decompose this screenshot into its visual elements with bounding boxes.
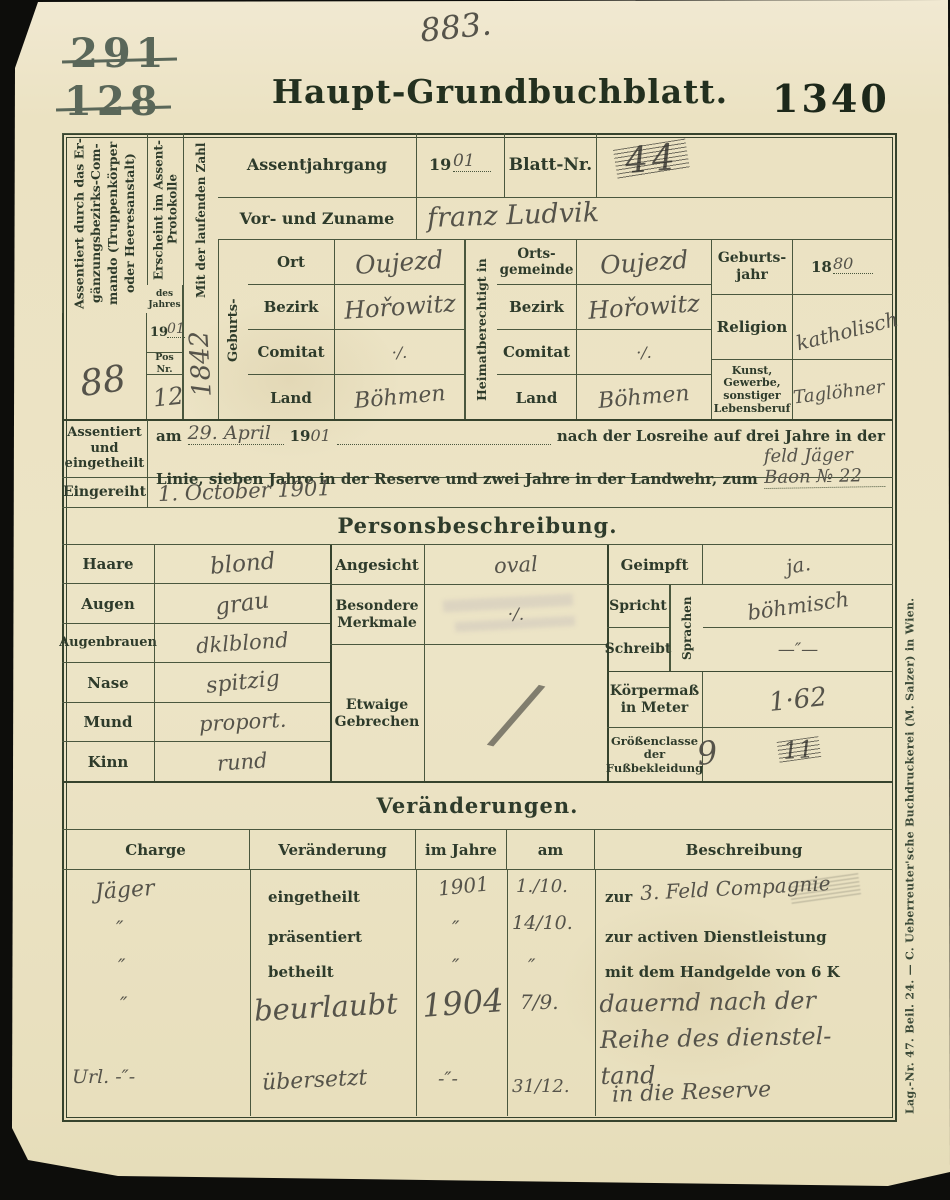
change-row-charge: Jäger [94, 876, 155, 905]
protokoll-pos-cell: 12 [147, 375, 183, 420]
blatt-nr-value-cell: 44 [597, 133, 893, 198]
schreibt-value-cell: —″— [703, 628, 893, 671]
augen-value-cell: grau [155, 584, 330, 624]
angesicht-value-cell: oval [425, 545, 607, 585]
schreibt-value: —″— [778, 640, 818, 660]
change-row-veraenderung: präsentiert [268, 928, 362, 946]
stamp-number-bottom: 128 [64, 78, 163, 125]
gebrechen-value-cell: / [425, 645, 607, 782]
persons-title: Personsbeschreibung. [62, 508, 893, 545]
table-divider [250, 870, 251, 1116]
nase-value-cell: spitzig [155, 663, 330, 703]
eingereiht-label: Eingereiht [62, 478, 148, 508]
angesicht-label: Angesicht [330, 545, 425, 585]
document-paper: 883. 291 128 Haupt-Grundbuchblatt. 1340 … [0, 0, 950, 1200]
change-row-jahr: ″ [452, 916, 459, 940]
change-row-am: 7/9. [520, 990, 559, 1014]
kinn-label: Kinn [62, 742, 155, 782]
change-row-jahr: -″- [438, 1068, 458, 1090]
change-row-beschreibung-print: zur [605, 888, 632, 906]
koerpermass-value-cell: 1·62 [703, 672, 893, 728]
changes-header-am: am [507, 830, 595, 870]
merkmale-value-cell: ·/. [425, 585, 607, 645]
heimat-comitat-label: Comitat [497, 330, 577, 375]
assent-year-hw: 01 [310, 426, 330, 445]
assentjahrgang-label: Assentjahrgang [218, 133, 417, 198]
geburt-land-value-cell: Böhmen [335, 375, 465, 420]
sheet-number: 1340 [772, 76, 890, 121]
assentjahrgang-year-print: 19 [429, 155, 451, 174]
mund-value: proport. [198, 708, 287, 737]
table-divider [416, 870, 417, 1116]
change-row-veraenderung: eingetheilt [268, 888, 360, 906]
laufende-zahl-cell: 1842 [183, 308, 218, 420]
blatt-nr-value: 44 [623, 137, 680, 183]
assent-year-print: 19 [290, 427, 311, 445]
assentjahrgang-value-cell: 19 01 [417, 133, 505, 198]
geburt-comitat-label: Comitat [248, 330, 335, 375]
geburtsjahr-print: 18 [811, 258, 832, 276]
heimat-bezirk-label: Bezirk [497, 285, 577, 330]
name-value-cell: franz Ludvik [417, 198, 893, 240]
geburt-ort-value: Oujezd [354, 244, 444, 279]
koerpermass-label: Körpermaß in Meter [607, 672, 703, 728]
geburt-land-value: Böhmen [353, 381, 446, 414]
sidebar-assent-commando-label: Assentiert durch das Er-gänzungsbezirks-… [62, 133, 147, 313]
mund-label: Mund [62, 703, 155, 742]
geimpft-value: ja. [784, 551, 812, 579]
geburt-bezirk-value: Hořowitz [343, 289, 456, 325]
heimat-side-label: Heimatberechtigt in [465, 240, 497, 420]
sprachen-label: Sprachen [670, 585, 703, 671]
schreibt-label: Schreibt [607, 628, 670, 671]
koerpermass-value: 1·62 [768, 682, 829, 718]
groessenclasse-value-cell: 9 11 [703, 728, 893, 782]
document-title: Haupt-Grundbuchblatt. [235, 72, 765, 111]
protokoll-des-jahres-label: des Jahres [147, 285, 183, 315]
spricht-value: böhmisch [746, 587, 851, 625]
protokoll-pos-value: 12 [152, 381, 185, 412]
protokoll-pos-label: Pos Nr. [147, 353, 183, 375]
geburt-ort-value-cell: Oujezd [335, 240, 465, 285]
assent-date-hw: 29. April [188, 422, 284, 445]
geburts-side-label: Geburts- [218, 240, 248, 420]
faint-stamp [455, 616, 575, 632]
spricht-value-cell: böhmisch [703, 585, 893, 628]
laufende-zahl-value: 1842 [184, 330, 217, 398]
stamp-number-top: 291 [70, 30, 169, 77]
augenbrauen-value-cell: dklblond [155, 624, 330, 663]
heimat-gemeinde-value: Oujezd [599, 244, 689, 279]
beruf-label: Kunst, Gewerbe, sonstiger Lebensberuf [712, 360, 793, 420]
beruf-value-cell: Taglöhner [793, 360, 893, 420]
groessenclasse-label: Größenclasse der Fußbekleidung [607, 728, 703, 782]
change-row-charge: ″ [118, 954, 125, 978]
assentjahrgang-year-hw: 01 [453, 151, 491, 172]
page-annotation-number: 883. [418, 4, 493, 49]
heimat-land-value-cell: Böhmen [577, 375, 712, 420]
am-label: am [156, 427, 182, 445]
nase-label: Nase [62, 663, 155, 703]
changes-header-veraenderung: Veränderung [250, 830, 416, 870]
assentiert-label: Assentiert und eingetheilt [62, 420, 148, 478]
heimat-gemeinde-label: Orts- gemeinde [497, 240, 577, 285]
change-row-beschreibung-print: mit dem Handgelde von 6 K [605, 963, 840, 981]
geburt-comitat-value: ·/. [392, 343, 408, 362]
spricht-label: Spricht [607, 585, 670, 628]
name-value: franz Ludvik [427, 197, 600, 234]
eingereiht-value-cell: 1. October 1901 [148, 478, 893, 508]
haare-value-cell: blond [155, 545, 330, 584]
geburt-comitat-value-cell: ·/. [335, 330, 465, 375]
printer-imprint: Lag.-Nr. 47. Beil. 24. — C. Ueberreuter'… [897, 540, 923, 1172]
change-row-am: ″ [528, 954, 535, 978]
augen-value: grau [214, 587, 271, 620]
heimat-land-value: Böhmen [597, 381, 690, 414]
change-row-am: 31/12. [512, 1076, 570, 1097]
heimat-comitat-value-cell: ·/. [577, 330, 712, 375]
changes-title: Veränderungen. [62, 782, 893, 830]
table-divider [595, 870, 596, 1116]
sidebar-assent-commando-cell: 88 [62, 313, 147, 420]
kinn-value-cell: rund [155, 742, 330, 782]
beruf-value: Taglöhner [792, 376, 886, 408]
change-row-am: 1./10. [516, 876, 568, 897]
geburt-bezirk-value-cell: Hořowitz [335, 285, 465, 330]
merkmale-label: Besondere Merkmale [330, 585, 425, 645]
blatt-nr-label: Blatt-Nr. [505, 133, 597, 198]
assentiert-content: am 29. April 19 01 nach der Losreihe auf… [148, 420, 893, 478]
commando-value: 88 [77, 358, 128, 405]
protokoll-year-cell: 19 01 [147, 315, 183, 353]
name-label: Vor- und Zuname [218, 198, 417, 240]
change-row-am: 14/10. [512, 912, 573, 934]
mund-value-cell: proport. [155, 703, 330, 742]
assent-line1-rest: nach der Losreihe auf drei Jahre in der [557, 427, 885, 445]
augen-label: Augen [62, 584, 155, 624]
geimpft-value-cell: ja. [703, 545, 893, 585]
heimat-gemeinde-value-cell: Oujezd [577, 240, 712, 285]
table-divider [507, 870, 508, 1116]
change-row-jahr: ″ [452, 954, 459, 978]
assentiert-line1: am 29. April 19 01 nach der Losreihe auf… [156, 422, 885, 445]
changes-header-beschreibung: Beschreibung [595, 830, 893, 870]
religion-value-cell: katholisch [793, 295, 893, 360]
geburtsjahr-hw: 80 [833, 254, 873, 274]
change-row-charge: Url. -″- [72, 1066, 135, 1088]
haare-value: blond [209, 548, 276, 580]
heimat-land-label: Land [497, 375, 577, 420]
haare-label: Haare [62, 545, 155, 584]
change-row-beschreibung-hw: dauernd nach der Reihe des dienstel- tan… [599, 982, 832, 1094]
gebrechen-value: / [490, 661, 542, 765]
changes-header-jahr: im Jahre [416, 830, 507, 870]
heimat-bezirk-value: Hořowitz [587, 289, 700, 325]
geburt-bezirk-label: Bezirk [248, 285, 335, 330]
geburtsjahr-label: Geburts- jahr [712, 240, 793, 295]
protokoll-year-print: 19 [150, 325, 168, 340]
gebrechen-label: Etwaige Gebrechen [330, 645, 425, 782]
change-row-jahr: 1904 [421, 981, 505, 1025]
augenbrauen-label: Augenbrauen [62, 624, 155, 663]
religion-label: Religion [712, 295, 793, 360]
augenbrauen-value: dklblond [195, 628, 289, 658]
dotted-leader [337, 430, 551, 445]
change-row-charge: ″ [116, 916, 123, 940]
heimat-comitat-value: ·/. [636, 343, 652, 362]
geburt-land-label: Land [248, 375, 335, 420]
sidebar-protokoll-label: Erscheint im Assent-Protokolle [147, 133, 183, 285]
kinn-value: rund [216, 748, 268, 775]
geimpft-label: Geimpft [607, 545, 703, 585]
groessenclasse-struck-value: 11 [782, 735, 814, 765]
heimat-bezirk-value-cell: Hořowitz [577, 285, 712, 330]
sidebar-laufende-zahl-label: Mit der laufenden Zahl [183, 133, 218, 308]
geburt-ort-label: Ort [248, 240, 335, 285]
groessenclasse-value: 9 [695, 733, 719, 773]
geburtsjahr-value-cell: 18 80 [793, 240, 893, 295]
religion-value: katholisch [794, 307, 901, 355]
angesicht-value: oval [494, 551, 539, 577]
change-row-beschreibung-print: zur activen Dienstleistung [605, 928, 827, 946]
eingereiht-value: 1. October 1901 [158, 476, 332, 506]
changes-header-charge: Charge [62, 830, 250, 870]
change-row-charge: ″ [120, 992, 127, 1016]
nase-value: spitzig [204, 666, 280, 699]
change-row-veraenderung: betheilt [268, 963, 334, 981]
